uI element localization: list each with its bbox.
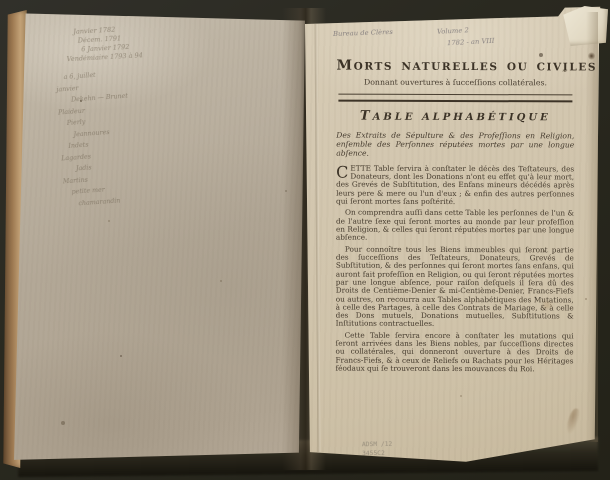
table-heading: TABLE ALPHABÉTIQUE xyxy=(336,109,574,125)
paragraph-1-text: ETTE Table ſervira à conſtater le décès … xyxy=(336,163,574,206)
faint-stain-right-margin xyxy=(540,300,554,310)
paragraph-4: Cette Table ſervira encore à conſtater l… xyxy=(335,331,573,373)
dark-spot-top-right xyxy=(588,52,595,60)
page-title: MORTS NATURELLES OU CIVILES xyxy=(336,58,574,75)
paragraph-2: On comprendra auſſi dans cette Table les… xyxy=(336,209,574,243)
ink-flourish-mark: ❧ xyxy=(562,68,567,75)
paper-specks xyxy=(80,100,82,102)
scanned-book-photograph: Janvier 1782 Décem. 1791 6 Janvier 1792 … xyxy=(0,0,610,480)
double-rule-divider xyxy=(338,94,572,103)
handwritten-date-notes: Janvier 1782 Décem. 1791 6 Janvier 1792 … xyxy=(73,24,143,64)
right-page-edge-shade xyxy=(586,12,598,442)
paragraph-3: Pour connoître tous les Biens immeubles … xyxy=(336,245,574,329)
handwritten-name-list: a 6, juillet janvier Dekehn — Brunet Pla… xyxy=(55,68,135,211)
title-initial: M xyxy=(336,58,353,74)
printed-text-block: MORTS NATURELLES OU CIVILES Donnant ouve… xyxy=(335,58,574,374)
paragraph-1: CETTE Table ſervira à conſtater le décès… xyxy=(336,164,574,206)
pencil-reference-line2: 3455C2 xyxy=(362,449,392,458)
handwritten-volume-annotation: Volume 2 xyxy=(437,26,469,36)
ink-speck-mark: ٭ xyxy=(543,248,546,255)
table-heading-initial: T xyxy=(360,109,373,124)
pencil-reference-line1: ADSM /12 xyxy=(362,441,392,450)
table-description: Des Extraits de Sépulture & des Profeſſi… xyxy=(336,132,574,160)
table-heading-text: ABLE ALPHABÉTIQUE xyxy=(373,112,551,124)
paragraph-1-dropcap: C xyxy=(336,164,350,178)
title-text: ORTS NATURELLES OU CIVILES xyxy=(354,61,598,74)
pencil-archive-reference: ADSM /12 3455C2 xyxy=(362,441,393,459)
page-subtitle: Donnant ouvertures à ſucceſſions collaté… xyxy=(336,78,574,88)
